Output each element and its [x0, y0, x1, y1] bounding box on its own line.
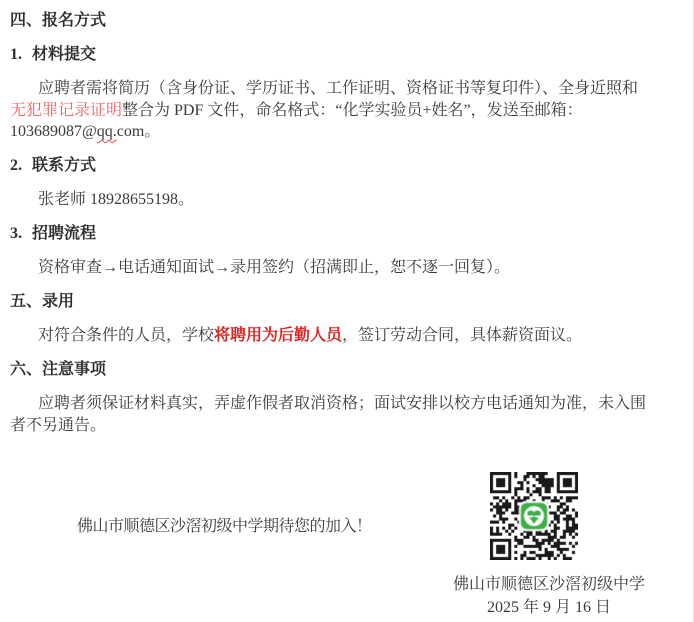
notes-line-1: 应聘者须保证材料真实，弄虚作假者取消资格；面试安排以校方电话通知为准，未入围 — [10, 393, 647, 415]
email-address: 103689087@qq.com。 — [10, 123, 160, 140]
item-1-number: 1. — [10, 44, 32, 66]
invitation-text: 佛山市顺德区沙滘初级中学期待您的加入！ — [77, 513, 372, 536]
section-5-heading: 五、录用 — [10, 291, 647, 313]
document-body: 四、报名方式 1.材料提交 应聘者需将简历（含身份证、学历证书、工作证明、资格证… — [0, 0, 693, 436]
employment-paragraph: 对符合条件的人员，学校将聘用为后勤人员，签订劳动合同，具体薪资面议。 — [10, 325, 647, 347]
email-line: 103689087@qq.com。 — [10, 121, 647, 143]
no-criminal-record-red-text: 无犯罪记录证明 — [10, 102, 122, 119]
item-3-label: 招聘流程 — [32, 225, 96, 242]
notes-line-2: 者不另通告。 — [10, 415, 647, 437]
signature-block: 佛山市顺德区沙滘初级中学 2025 年 9 月 16 日 — [445, 573, 653, 619]
document-page: 四、报名方式 1.材料提交 应聘者需将简历（含身份证、学历证书、工作证明、资格证… — [0, 0, 694, 622]
item-2-label: 联系方式 — [32, 157, 96, 174]
process-line: 资格审查→电话通知面试→录用签约（招满即止，恕不逐一回复）。 — [10, 257, 647, 279]
materials-paragraph: 应聘者需将简历（含身份证、学历证书、工作证明、资格证书等复印件）、全身近照和 无… — [10, 78, 647, 143]
qr-code — [490, 472, 578, 560]
notes-paragraph: 应聘者须保证材料真实，弄虚作假者取消资格；面试安排以校方电话通知为准，未入围 者… — [10, 393, 647, 436]
employment-line: 对符合条件的人员，学校将聘用为后勤人员，签订劳动合同，具体薪资面议。 — [10, 325, 647, 347]
item-3-heading: 3.招聘流程 — [10, 223, 647, 245]
section-4-heading: 四、报名方式 — [10, 10, 647, 32]
materials-line-1: 应聘者需将简历（含身份证、学历证书、工作证明、资格证书等复印件）、全身近照和 — [10, 78, 647, 100]
contact-line: 张老师 18928655198。 — [10, 189, 647, 211]
spellcheck-wavy-underline: qq. — [97, 123, 117, 140]
item-2-heading: 2.联系方式 — [10, 155, 647, 177]
item-3-number: 3. — [10, 223, 32, 245]
item-2-number: 2. — [10, 155, 32, 177]
school-signature: 佛山市顺德区沙滘初级中学 — [445, 573, 653, 596]
item-1-label: 材料提交 — [32, 46, 96, 63]
section-6-heading: 六、注意事项 — [10, 359, 647, 381]
item-1-heading: 1.材料提交 — [10, 44, 647, 66]
process-paragraph: 资格审查→电话通知面试→录用签约（招满即止，恕不逐一回复）。 — [10, 257, 647, 279]
hire-as-logistics-red-text: 将聘用为后勤人员 — [214, 327, 342, 344]
signature-date: 2025 年 9 月 16 日 — [445, 596, 653, 619]
contact-paragraph: 张老师 18928655198。 — [10, 189, 647, 211]
materials-line-2: 无犯罪记录证明整合为 PDF 文件，命名格式：“化学实验员+姓名”，发送至邮箱： — [10, 100, 647, 122]
